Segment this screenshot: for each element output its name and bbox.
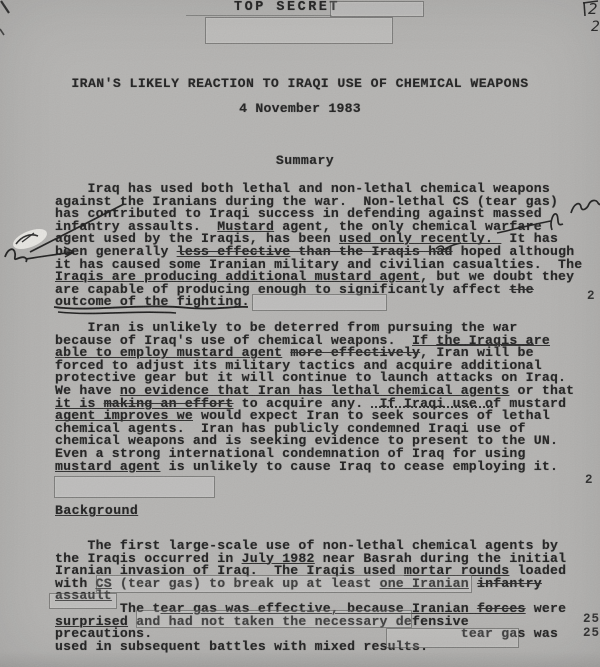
corner-page-number-icon: 2 2 (583, 0, 600, 35)
svg-text:2: 2 (588, 0, 598, 18)
margin-code: 25 (583, 612, 600, 626)
redaction-box (386, 628, 519, 648)
redaction-box (252, 294, 387, 311)
scanned-document-page: TOP SECRET IRAN'S LIKELY REACTION TO IRA… (0, 0, 600, 667)
background-heading: Background (55, 505, 138, 518)
margin-code: 25 (583, 626, 600, 640)
svg-text:2: 2 (591, 19, 600, 35)
redaction-box (96, 575, 472, 593)
stamp-underline (186, 15, 332, 16)
classification-stamp: TOP SECRET (234, 2, 340, 15)
margin-code: 2 (585, 473, 594, 487)
scan-shadow-edge (0, 651, 600, 667)
text-line: mustard agent is unlikely to cause Iraq … (55, 461, 574, 474)
redaction-box (49, 593, 117, 609)
summary-heading: Summary (10, 155, 600, 168)
margin-code: 2 (587, 289, 596, 303)
document-date: 4 November 1983 (0, 103, 600, 116)
redaction-box (136, 610, 412, 628)
summary-paragraph-1: Iraq has used both lethal and non-lethal… (55, 183, 582, 309)
redaction-box (205, 17, 393, 44)
summary-paragraph-2: Iran is unlikely to be deterred from pur… (55, 322, 574, 473)
redaction-box (54, 476, 215, 498)
redaction-box (330, 1, 424, 17)
document-title: IRAN'S LIKELY REACTION TO IRAQI USE OF C… (0, 78, 600, 91)
